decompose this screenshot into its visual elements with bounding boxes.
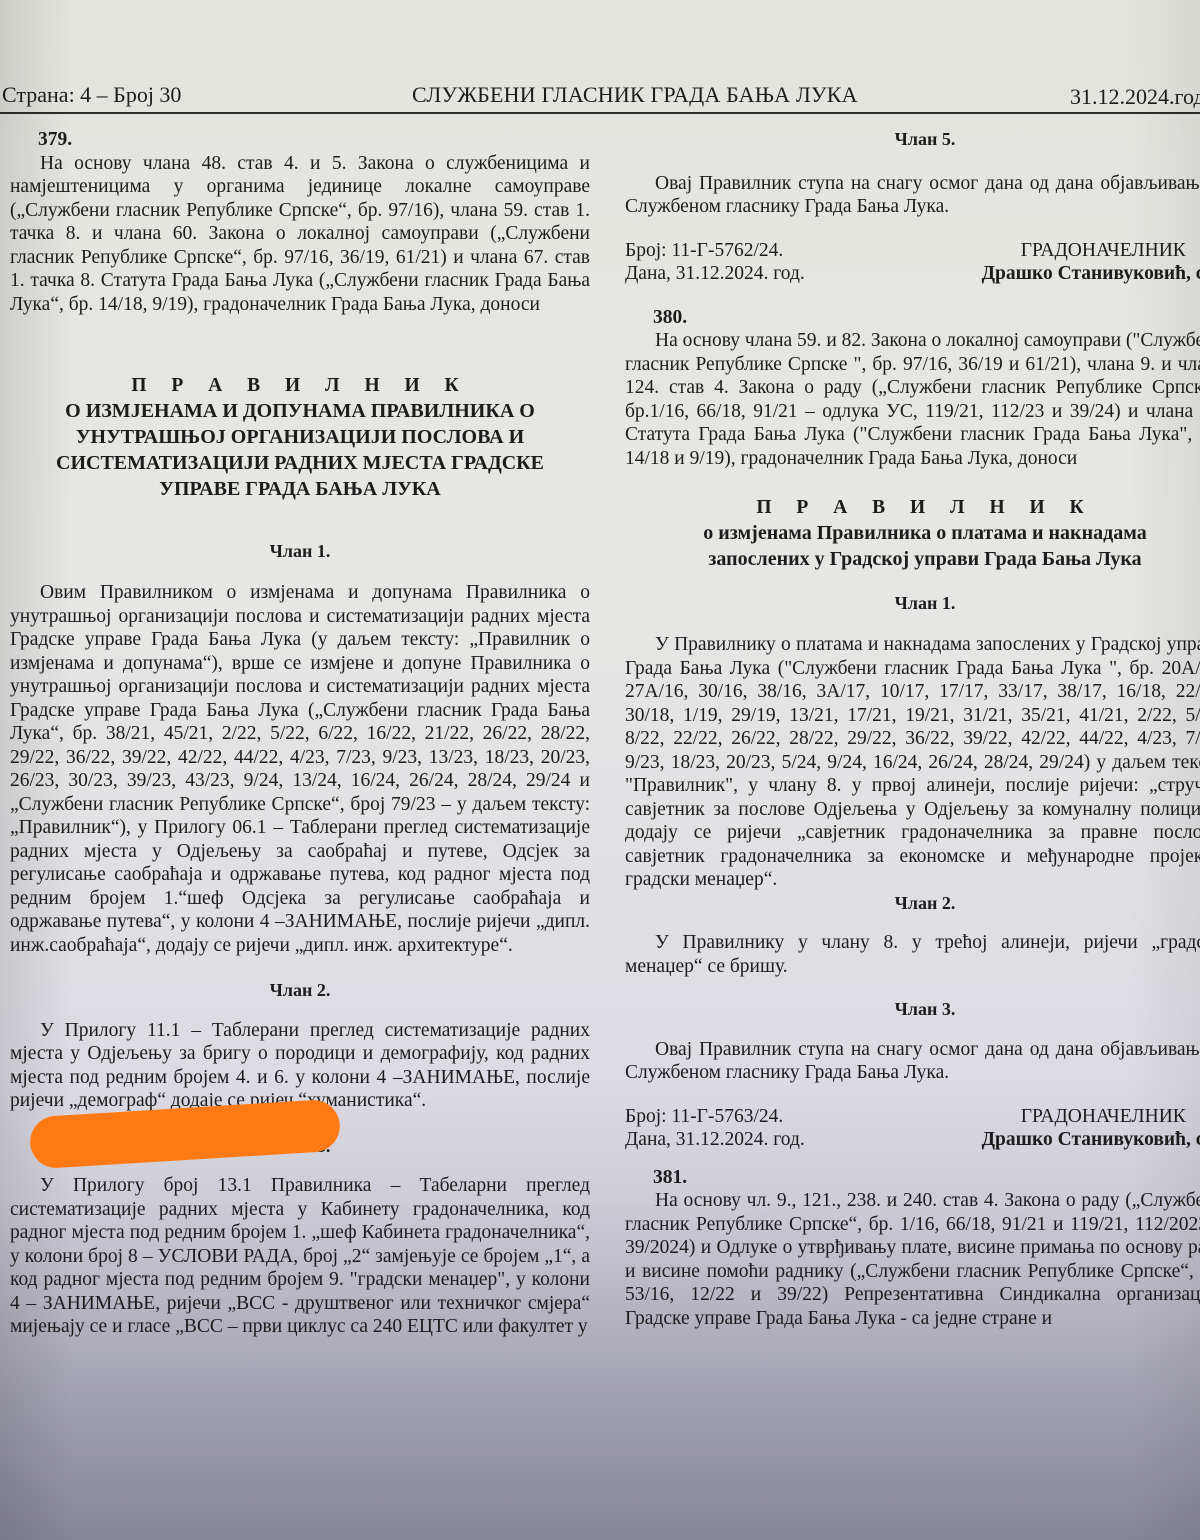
document-date: Дана, 31.12.2024. год. [625,1128,805,1152]
article-text: У Прилогу број 13.1 Правилника – Табелар… [10,1174,590,1339]
act-number-379: 379. [38,128,590,152]
act-380-title-word: П Р А В И Л Н И К [625,496,1200,520]
act-381-preamble: На основу чл. 9., 121., 238. и 240. став… [625,1189,1200,1330]
article-heading: Члан 3. [625,998,1200,1022]
title-line: о измјенама Правилника о платама и накна… [625,520,1200,546]
article-text: Овај Правилник ступа на снагу осмог дана… [625,1038,1200,1085]
page-header: Страна: 4 – Број 30 СЛУЖБЕНИ ГЛАСНИК ГРА… [0,78,1200,114]
title-line: СИСТЕМАТИЗАЦИЈИ РАДНИХ МЈЕСТА ГРАДСКЕ [10,450,590,476]
signature-block: Број: 11-Г-5763/24. Дана, 31.12.2024. го… [625,1105,1200,1152]
signer-title: ГРАДОНАЧЕЛНИК [982,239,1200,263]
document-number: Број: 11-Г-5762/24. [625,239,805,263]
article-text: У Прилогу 11.1 – Таблерани преглед систе… [10,1019,590,1113]
issue-date: 31.12.2024.год [1070,84,1200,110]
article-text: У Правилнику о платама и накнадама запос… [625,633,1200,892]
right-column: Члан 5. Овај Правилник ступа на снагу ос… [625,128,1200,1330]
title-line: УПРАВЕ ГРАДА БАЊА ЛУКА [10,476,590,502]
article-heading: Члан 2. [625,892,1200,916]
signer-name: Драшко Станивуковић, с.р. [982,1128,1200,1152]
article-text: Овим Правилником о измјенама и допунама … [10,581,590,957]
article-text: У Правилнику у члану 8. у трећој алинеји… [625,931,1200,978]
act-380-preamble: На основу члана 59. и 82. Закона о локал… [625,329,1200,470]
article-heading: Члан 1. [625,592,1200,616]
act-379-title-word: П Р А В И Л Н И К [10,374,590,398]
title-line: УНУТРАШЊОЈ ОРГАНИЗАЦИЈИ ПОСЛОВА И [10,424,590,450]
publication-title: СЛУЖБЕНИ ГЛАСНИК ГРАДА БАЊА ЛУКА [412,82,858,108]
title-line: О ИЗМЈЕНАМА И ДОПУНАМА ПРАВИЛНИКА О [10,398,590,424]
article-heading: Члан 5. [625,128,1200,152]
act-number-381: 381. [653,1166,1200,1190]
document-date: Дана, 31.12.2024. год. [625,262,805,286]
signature-block: Број: 11-Г-5762/24. Дана, 31.12.2024. го… [625,239,1200,286]
act-number-380: 380. [653,306,1200,330]
act-379-title: О ИЗМЈЕНАМА И ДОПУНАМА ПРАВИЛНИКА О УНУТ… [10,398,590,502]
article-heading: Члан 1. [10,540,590,564]
signer-name: Драшко Станивуковић, с.р. [982,262,1200,286]
act-379-preamble: На основу члана 48. став 4. и 5. Закона … [10,152,590,317]
title-line: запослених у Градској управи Града Бања … [625,546,1200,572]
page-info: Страна: 4 – Број 30 [2,82,181,108]
article-text: Овај Правилник ступа на снагу осмог дана… [625,172,1200,219]
document-number: Број: 11-Г-5763/24. [625,1105,805,1129]
signer-title: ГРАДОНАЧЕЛНИК [982,1105,1200,1129]
act-380-title: о измјенама Правилника о платама и накна… [625,520,1200,572]
article-heading: Члан 2. [10,979,590,1003]
